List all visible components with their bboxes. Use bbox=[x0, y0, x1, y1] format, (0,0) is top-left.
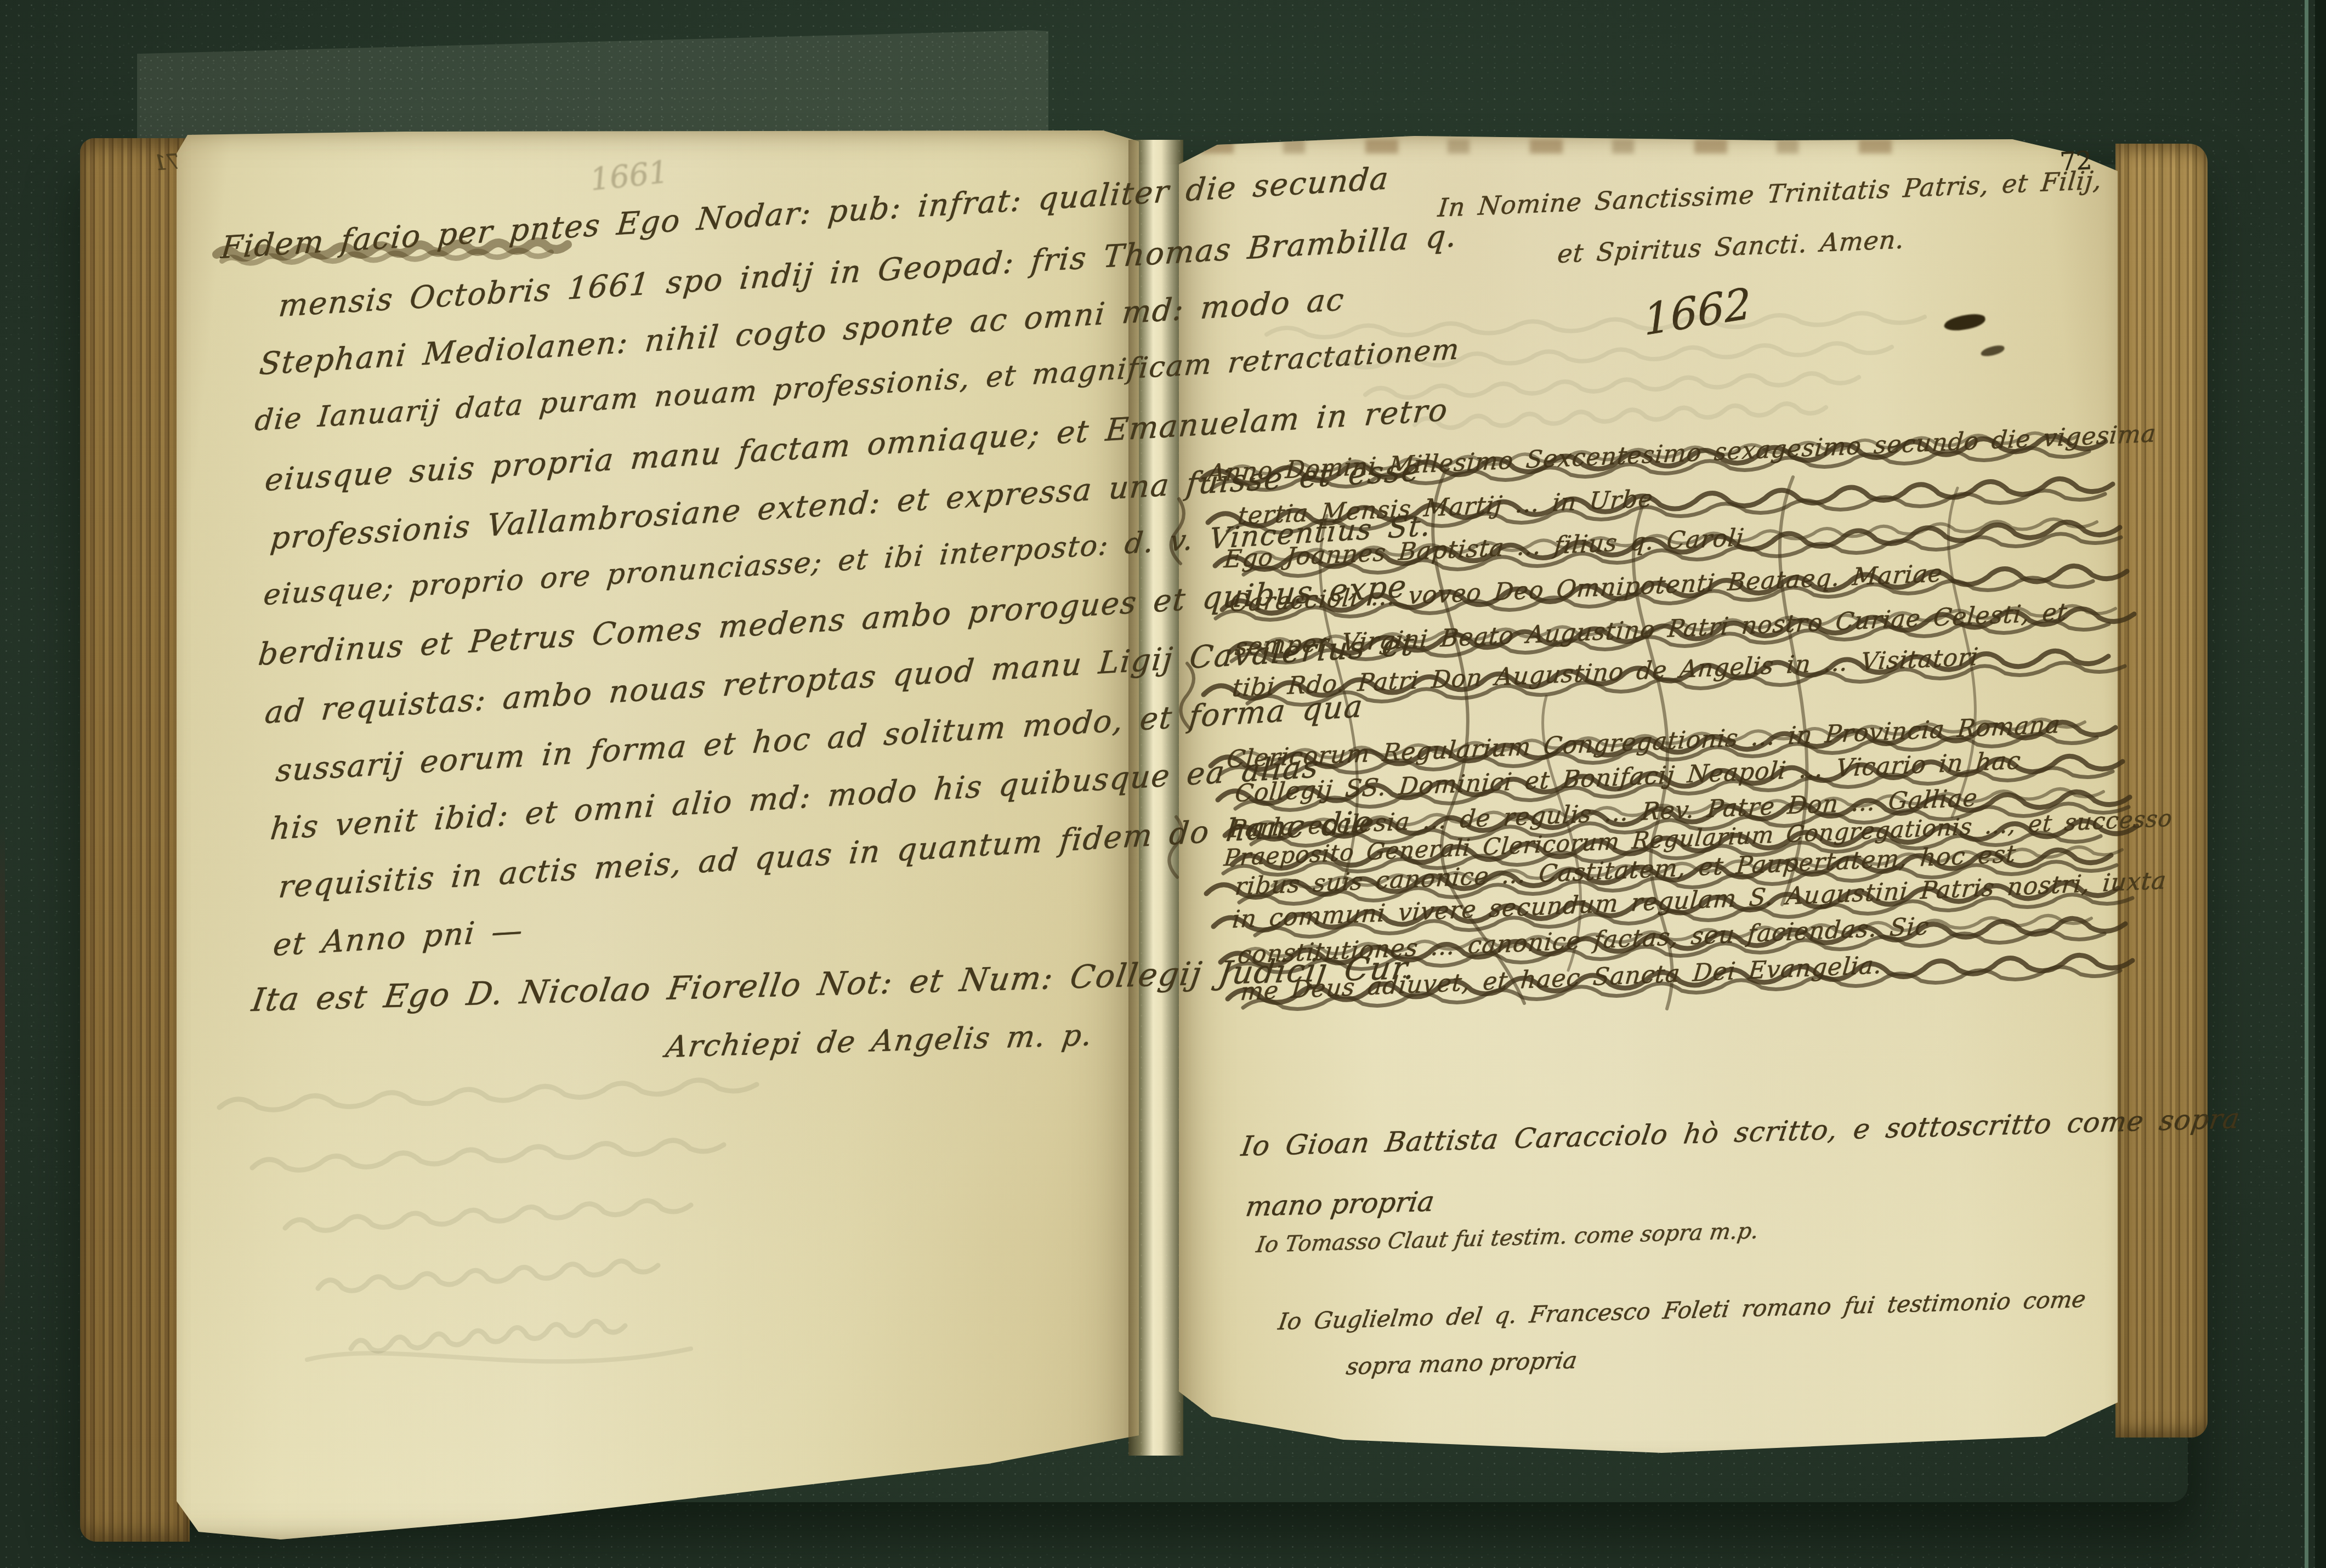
manuscript-photo: 71 1661 Fidem facio per pntes Ego Nodar:… bbox=[0, 0, 2326, 1568]
bleed-through-marks bbox=[197, 1075, 1020, 1425]
bleed-through-marks bbox=[1234, 307, 2056, 450]
marginal-bleed-mark: 71 bbox=[153, 149, 181, 175]
signature-line: mano propria bbox=[1244, 1185, 1437, 1223]
left-fore-edge bbox=[80, 138, 190, 1542]
strike-scribbles-overlay bbox=[1162, 433, 2149, 1042]
ink-smudge-overlay bbox=[214, 236, 598, 274]
